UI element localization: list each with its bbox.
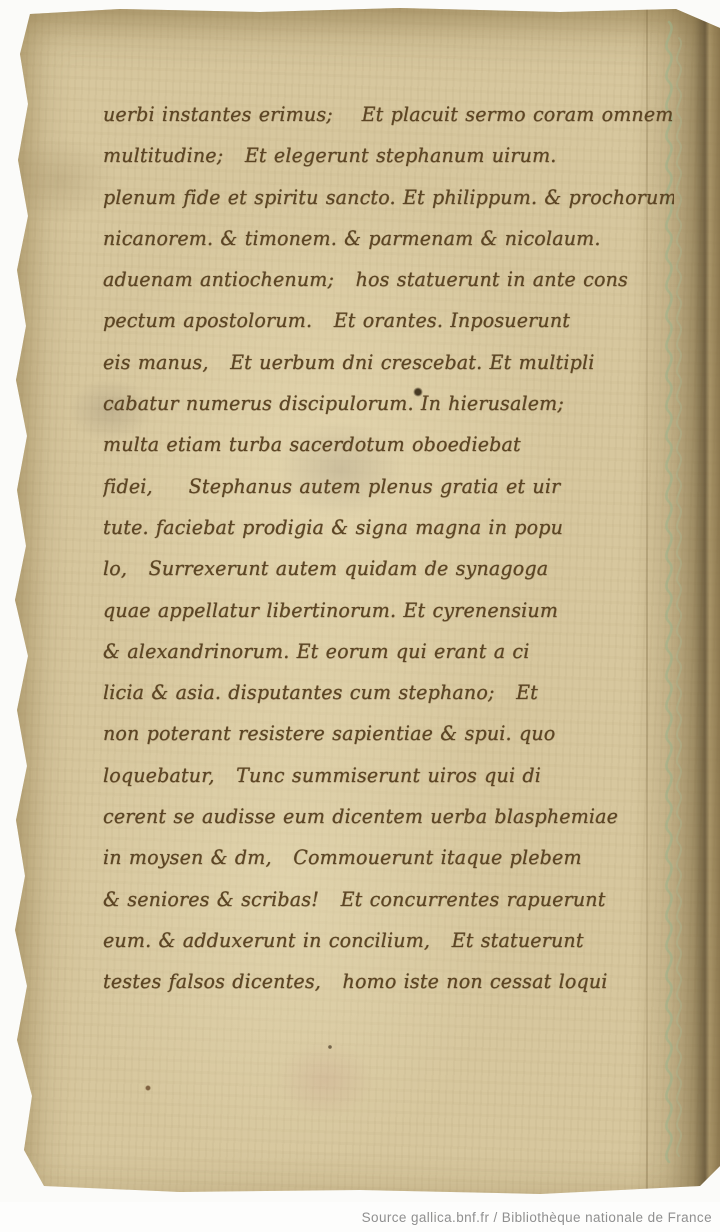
manuscript-text-line: eis manus, Et uerbum dni crescebat. Et m… [103, 342, 674, 383]
manuscript-text-line: non poterant resistere sapientiae & spui… [103, 713, 674, 754]
manuscript-text-line: fidei, Stephanus autem plenus gratia et … [103, 466, 674, 507]
manuscript-text-line: lo, Surrexerunt autem quidam de synagoga [103, 548, 674, 589]
manuscript-text-block: uerbi instantes erimus; Et placuit sermo… [103, 94, 704, 1024]
manuscript-text-line: multa etiam turba sacerdotum oboediebat [103, 424, 674, 465]
manuscript-text-line: eum. & adduxerunt in concilium, Et statu… [103, 920, 674, 961]
attribution-text: Source gallica.bnf.fr / Bibliothèque nat… [362, 1210, 712, 1225]
attribution-bar: Source gallica.bnf.fr / Bibliothèque nat… [0, 1202, 720, 1232]
manuscript-text-line: aduenam antiochenum; hos statuerunt in a… [103, 259, 674, 300]
manuscript-text-line: nicanorem. & timonem. & parmenam & nicol… [103, 218, 674, 259]
manuscript-text-line: uerbi instantes erimus; Et placuit sermo… [103, 94, 674, 135]
manuscript-page: uerbi instantes erimus; Et placuit sermo… [0, 0, 720, 1232]
manuscript-text-line: pectum apostolorum. Et orantes. Inposuer… [103, 300, 674, 341]
manuscript-text-line: quae appellatur libertinorum. Et cyrenen… [103, 590, 674, 631]
manuscript-text-line: multitudine; Et elegerunt stephanum uiru… [103, 135, 674, 176]
manuscript-text-line: in moysen & dm, Commouerunt itaque plebe… [103, 837, 674, 878]
manuscript-text-line: loquebatur, Tunc summiserunt uiros qui d… [103, 755, 674, 796]
manuscript-text-line: licia & asia. disputantes cum stephano; … [103, 672, 674, 713]
manuscript-text-line: cabatur numerus discipulorum. In hierusa… [103, 383, 674, 424]
manuscript-text-line: & alexandrinorum. Et eorum qui erant a c… [103, 631, 674, 672]
manuscript-text-line: plenum fide et spiritu sancto. Et philip… [103, 177, 674, 218]
manuscript-text-line: tute. faciebat prodigia & signa magna in… [103, 507, 674, 548]
manuscript-text-line: testes falsos dicentes, homo iste non ce… [103, 961, 674, 1002]
manuscript-text-line: & seniores & scribas! Et concurrentes ra… [103, 879, 674, 920]
manuscript-text-line: cerent se audisse eum dicentem uerba bla… [103, 796, 674, 837]
scan-background: uerbi instantes erimus; Et placuit sermo… [0, 0, 720, 1232]
